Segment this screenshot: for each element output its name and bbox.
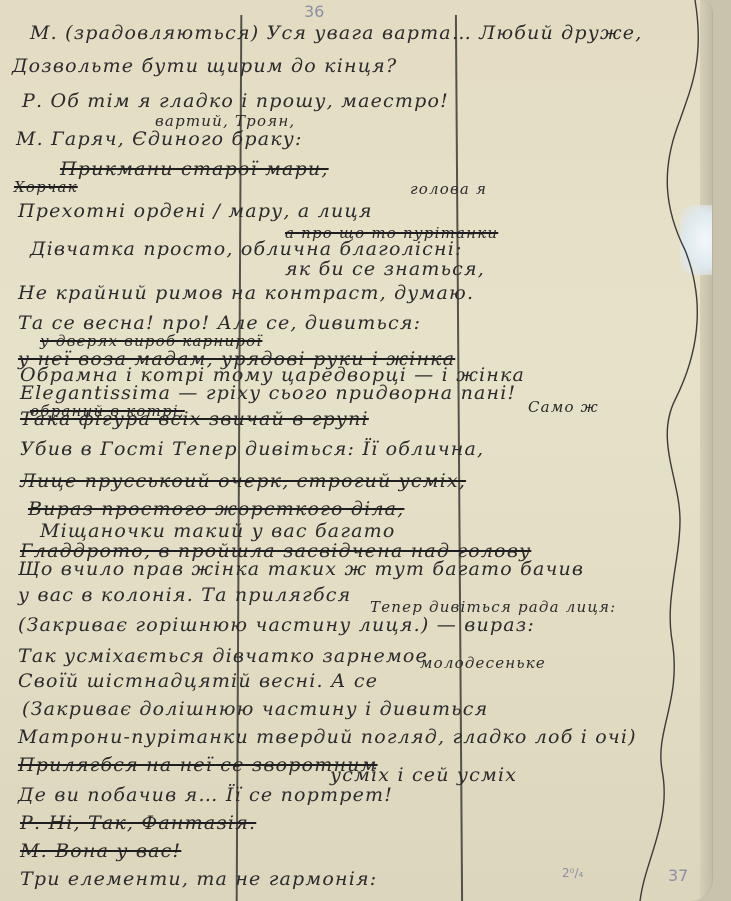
line-40: М. Вона у вас! [20,840,181,862]
line-3: Р. Об тім я гладко і прошу, маестро! [22,90,449,112]
line-27: Що вчило прав жінка таких ж тут багато б… [18,558,584,580]
line-32: молодесеньке [420,654,546,672]
line-34: (Закриває долішнюю частину і дивиться [22,698,488,720]
line-35: Матрони-пурітанки твердий погляд, гладко… [18,726,637,748]
page-number-bottom: 37 [668,866,688,885]
line-28: у вас в колонія. Та прилягбся [18,584,351,606]
line-14: Та се весна! про! Але се, дивиться: [18,312,421,334]
line-12: як би се знаться, [285,258,485,280]
line-31: Так усміхається дівчатко зарнемое [18,645,428,667]
line-8: голова я [410,180,487,198]
line-5: М. Гаряч, Єдиного браку: [16,128,303,150]
line-20: Така фігура всіх звичай в групі [20,408,369,430]
line-38: Де ви побачив я… Її се портрет! [18,784,393,806]
line-30: (Закриває горішнюю частину лиця.) — вира… [18,614,535,636]
line-9: Прехотні ордені / мару, а лиця [18,200,373,222]
line-18: Elegantissima — гріху сього придворна па… [20,382,516,404]
line-24: Вираз простого жорсткого діла, [28,498,404,520]
line-41: Три елементи, та не гармонія: [20,868,377,890]
line-33: Своїй шістнадцятій весні. А се [18,670,378,692]
line-13: Не крайний римов на контраст, думаю. [18,282,474,304]
line-1: М. (зрадовляються) Уся увага варта… Люби… [30,22,642,44]
line-39: Р. Ні, Так, Фантазія. [20,812,256,834]
line-21: Само ж [528,398,599,416]
manuscript-page: 36 М. (зрадовляються) Уся увага варта… Л… [0,0,713,901]
line-22: Убив в Гості Тепер дивіться: Її облична, [20,438,484,460]
line-36: Прилягбся на неї се зворотним [18,754,378,776]
line-25: Міщаночки такий у вас багато [40,520,396,542]
line-11: Дівчатка просто, облична благолісні: [30,238,463,260]
archive-stamp-mark: 2⁰/₄ [562,866,583,880]
line-7: Хорчак [14,178,78,196]
line-2: Дозвольте бути щирим до кінця? [12,55,397,77]
line-23: Лице прусськоий очерк, строгий усміх, [20,470,466,492]
page-number-top: 36 [304,2,324,21]
line-37: усміх і сей усміх [330,764,517,786]
line-6: Прикмани старої мари, [60,158,329,180]
